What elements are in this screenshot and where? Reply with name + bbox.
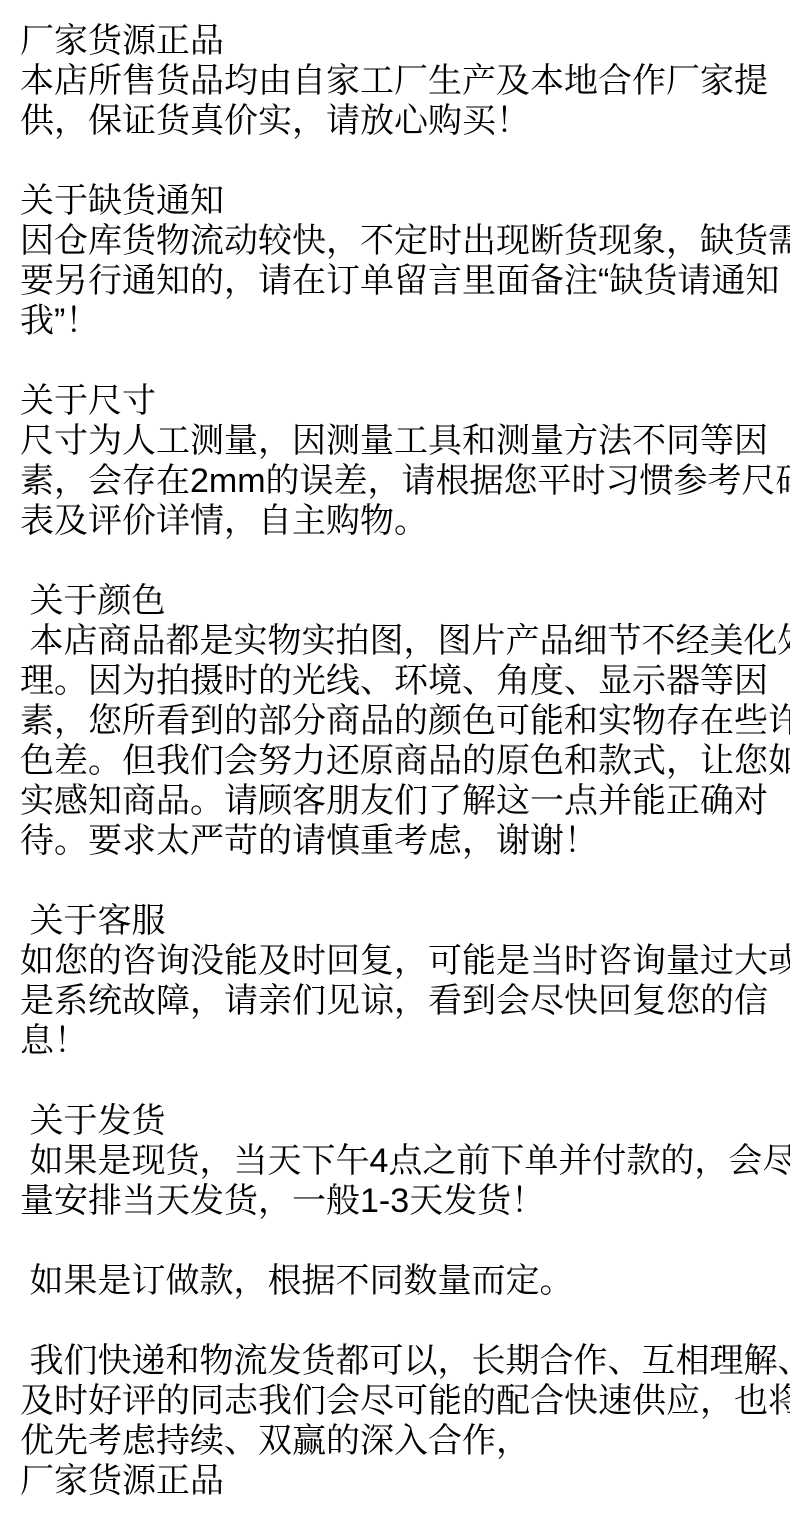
text-line: 息！ xyxy=(20,1021,772,1061)
text-line: 量安排当天发货，一般1-3天发货！ xyxy=(20,1181,772,1221)
text-line: 关于客服 xyxy=(20,901,772,941)
text-line: 如果是订做款，根据不同数量而定。 xyxy=(20,1261,772,1301)
section-about-shipping: 关于发货 如果是现货，当天下午4点之前下单并付款的，会尽量安排当天发货，一般1-… xyxy=(20,1101,772,1221)
text-line: 关于发货 xyxy=(20,1101,772,1141)
text-line: 厂家货源正品 xyxy=(20,1461,772,1501)
text-line: 是系统故障，请亲们见谅，看到会尽快回复您的信 xyxy=(20,981,772,1021)
text-line: 厂家货源正品 xyxy=(20,21,772,61)
text-line: 如果是现货，当天下午4点之前下单并付款的，会尽 xyxy=(20,1141,772,1181)
section-about-customer-service: 关于客服如您的咨询没能及时回复，可能是当时咨询量过大或是系统故障，请亲们见谅，看… xyxy=(20,901,772,1061)
text-line: 因仓库货物流动较快，不定时出现断货现象，缺货需 xyxy=(20,221,772,261)
section-logistics-cooperation: 我们快递和物流发货都可以，长期合作、互相理解、及时好评的同志我们会尽可能的配合快… xyxy=(20,1341,772,1501)
text-line: 关于颜色 xyxy=(20,581,772,621)
text-line: 本店所售货品均由自家工厂生产及本地合作厂家提 xyxy=(20,61,772,101)
text-line: 本店商品都是实物实拍图，图片产品细节不经美化处 xyxy=(20,621,772,661)
text-line: 关于缺货通知 xyxy=(20,181,772,221)
section-custom-order: 如果是订做款，根据不同数量而定。 xyxy=(20,1261,772,1301)
section-factory-authentic: 厂家货源正品本店所售货品均由自家工厂生产及本地合作厂家提供，保证货真价实，请放心… xyxy=(20,21,772,141)
text-line: 待。要求太严苛的请慎重考虑，谢谢！ xyxy=(20,821,772,861)
section-stock-out-notice: 关于缺货通知因仓库货物流动较快，不定时出现断货现象，缺货需要另行通知的，请在订单… xyxy=(20,181,772,341)
section-about-color: 关于颜色 本店商品都是实物实拍图，图片产品细节不经美化处理。因为拍摄时的光线、环… xyxy=(20,581,772,861)
text-line: 色差。但我们会努力还原商品的原色和款式，让您如 xyxy=(20,741,772,781)
text-line: 素，您所看到的部分商品的颜色可能和实物存在些许 xyxy=(20,701,772,741)
text-line: 实感知商品。请顾客朋友们了解这一点并能正确对 xyxy=(20,781,772,821)
section-about-size: 关于尺寸尺寸为人工测量，因测量工具和测量方法不同等因素，会存在2mm的误差，请根… xyxy=(20,381,772,541)
product-description-document: 厂家货源正品本店所售货品均由自家工厂生产及本地合作厂家提供，保证货真价实，请放心… xyxy=(0,0,790,1520)
text-line: 表及评价详情，自主购物。 xyxy=(20,501,772,541)
text-line: 供，保证货真价实，请放心购买！ xyxy=(20,101,772,141)
text-line: 及时好评的同志我们会尽可能的配合快速供应，也将 xyxy=(20,1381,772,1421)
text-line: 理。因为拍摄时的光线、环境、角度、显示器等因 xyxy=(20,661,772,701)
text-line: 如您的咨询没能及时回复，可能是当时咨询量过大或 xyxy=(20,941,772,981)
text-line: 尺寸为人工测量，因测量工具和测量方法不同等因 xyxy=(20,421,772,461)
text-line: 我”！ xyxy=(20,301,772,341)
text-line: 要另行通知的，请在订单留言里面备注“缺货请通知 xyxy=(20,261,772,301)
text-line: 关于尺寸 xyxy=(20,381,772,421)
text-line: 素，会存在2mm的误差，请根据您平时习惯参考尺码 xyxy=(20,461,772,501)
text-line: 优先考虑持续、双赢的深入合作， xyxy=(20,1421,772,1461)
text-line: 我们快递和物流发货都可以，长期合作、互相理解、 xyxy=(20,1341,772,1381)
